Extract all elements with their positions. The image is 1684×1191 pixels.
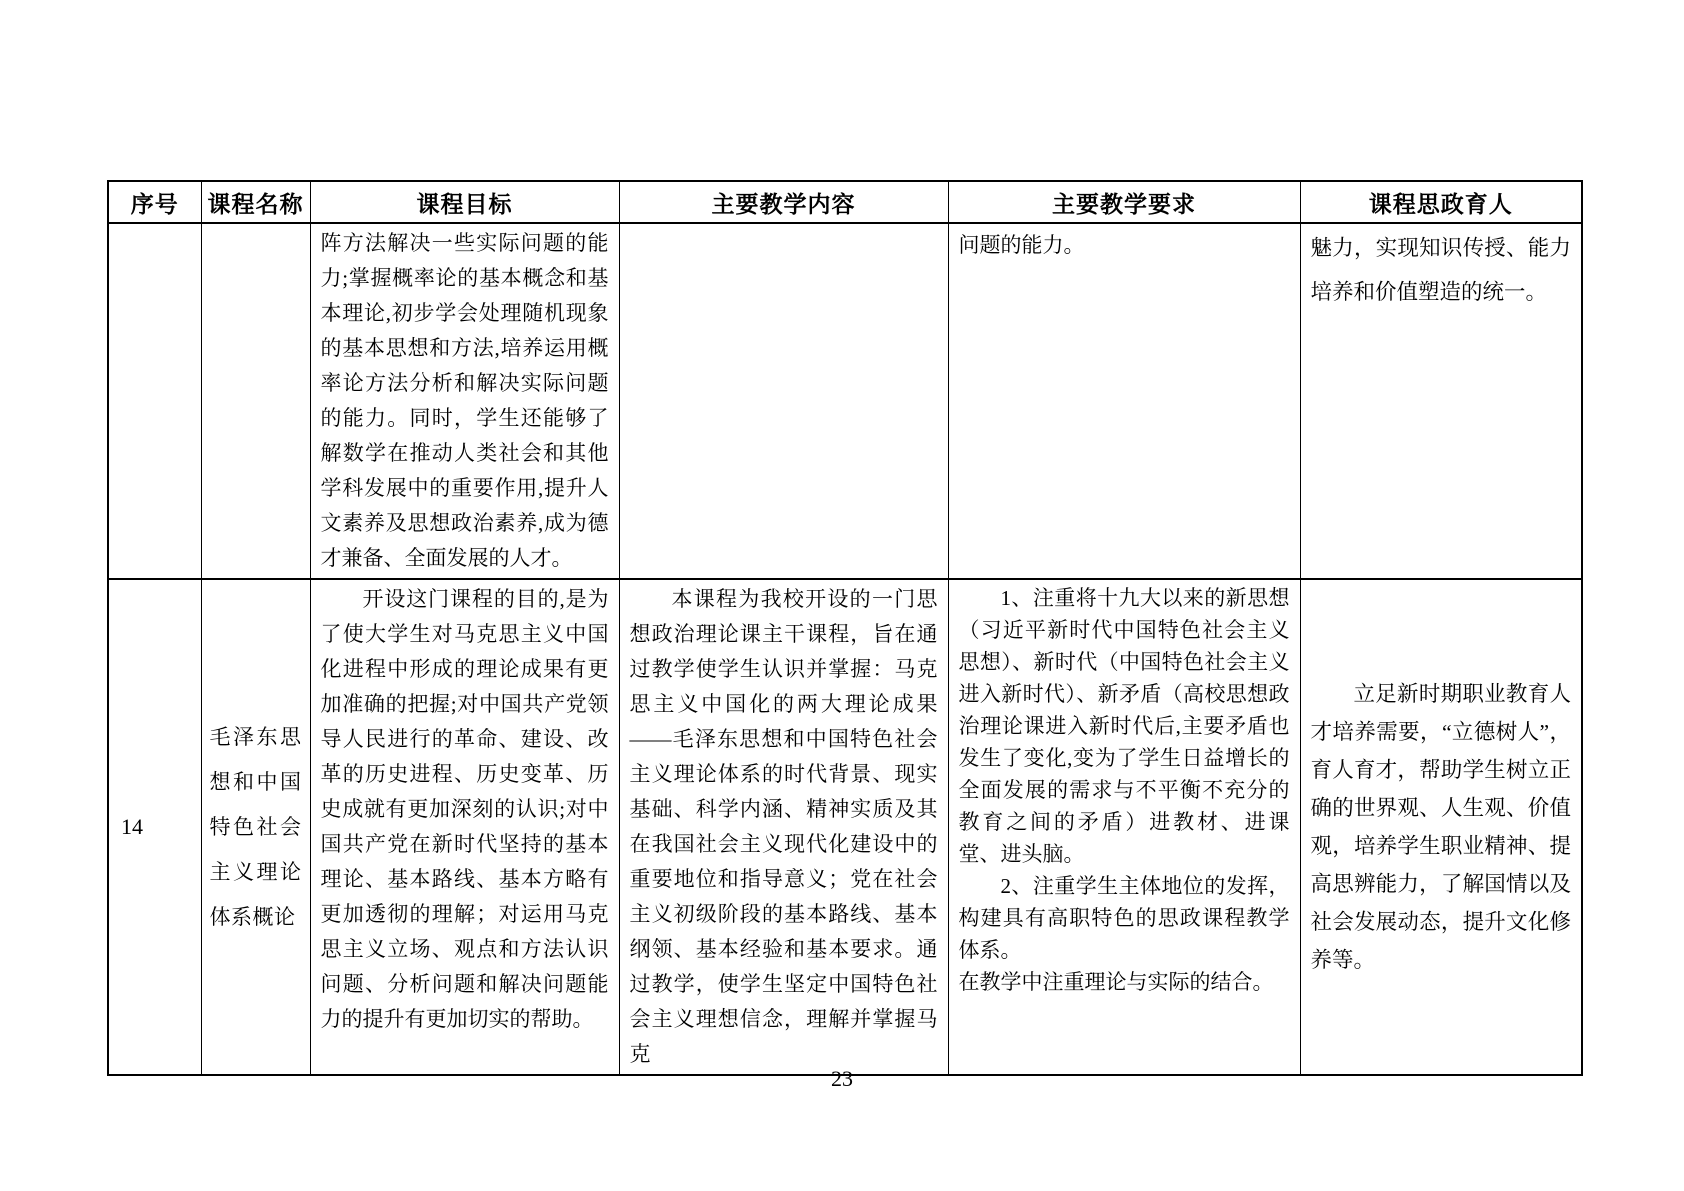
cell-teaching-content xyxy=(619,223,948,579)
document-page: 序号 课程名称 课程目标 主要教学内容 主要教学要求 课程思政育人 阵方法解决一… xyxy=(0,0,1684,1191)
course-table: 序号 课程名称 课程目标 主要教学内容 主要教学要求 课程思政育人 阵方法解决一… xyxy=(107,180,1583,1076)
requirements-paragraph-3: 在教学中注重理论与实际的结合。 xyxy=(959,966,1290,998)
cell-teaching-content: 本课程为我校开设的一门思想政治理论课主干课程，旨在通过教学使学生认识并掌握：马克… xyxy=(619,579,948,1075)
objectives-paragraph: 阵方法解决一些实际问题的能力;掌握概率论的基本概念和基本理论,初步学会处理随机现… xyxy=(321,226,609,576)
cell-teaching-requirements: 1、注重将十九大以来的新思想（习近平新时代中国特色社会主义思想）、新时代（中国特… xyxy=(948,579,1300,1075)
cell-course-name: 毛泽东思想和中国特色社会主义理论体系概论 xyxy=(201,579,310,1075)
requirements-paragraph: 问题的能力。 xyxy=(959,226,1290,264)
header-teaching-requirements: 主要教学要求 xyxy=(948,181,1300,223)
header-course-name: 课程名称 xyxy=(201,181,310,223)
requirements-paragraph-2: 2、注重学生主体地位的发挥，构建具有高职特色的思政课程教学体系。 xyxy=(959,870,1290,966)
cell-course-objectives: 阵方法解决一些实际问题的能力;掌握概率论的基本概念和基本理论,初步学会处理随机现… xyxy=(310,223,619,579)
table-row-continuation: 阵方法解决一些实际问题的能力;掌握概率论的基本概念和基本理论,初步学会处理随机现… xyxy=(108,223,1582,579)
cell-ideology-education: 魅力，实现知识传授、能力培养和价值塑造的统一。 xyxy=(1300,223,1582,579)
requirements-paragraph-1: 1、注重将十九大以来的新思想（习近平新时代中国特色社会主义思想）、新时代（中国特… xyxy=(959,582,1290,870)
header-teaching-content: 主要教学内容 xyxy=(619,181,948,223)
header-ideology-education: 课程思政育人 xyxy=(1300,181,1582,223)
cell-course-objectives: 开设这门课程的目的,是为了使大学生对马克思主义中国化进程中形成的理论成果有更加准… xyxy=(310,579,619,1075)
cell-seq: 14 xyxy=(108,579,201,1075)
ideology-paragraph: 立足新时期职业教育人才培养需要，“立德树人”，育人育才，帮助学生树立正确的世界观… xyxy=(1311,675,1572,979)
ideology-paragraph: 魅力，实现知识传授、能力培养和价值塑造的统一。 xyxy=(1311,226,1572,314)
header-seq: 序号 xyxy=(108,181,201,223)
header-course-objectives: 课程目标 xyxy=(310,181,619,223)
content-paragraph: 本课程为我校开设的一门思想政治理论课主干课程，旨在通过教学使学生认识并掌握：马克… xyxy=(630,582,938,1072)
page-number: 23 xyxy=(0,1066,1684,1092)
cell-teaching-requirements: 问题的能力。 xyxy=(948,223,1300,579)
cell-ideology-education: 立足新时期职业教育人才培养需要，“立德树人”，育人育才，帮助学生树立正确的世界观… xyxy=(1300,579,1582,1075)
course-name-text: 毛泽东思想和中国特色社会主义理论体系概论 xyxy=(210,715,302,940)
cell-course-name xyxy=(201,223,310,579)
objectives-paragraph: 开设这门课程的目的,是为了使大学生对马克思主义中国化进程中形成的理论成果有更加准… xyxy=(321,582,609,1037)
cell-seq xyxy=(108,223,201,579)
table-row-14: 14 毛泽东思想和中国特色社会主义理论体系概论 开设这门课程的目的,是为了使大学… xyxy=(108,579,1582,1075)
table-header-row: 序号 课程名称 课程目标 主要教学内容 主要教学要求 课程思政育人 xyxy=(108,181,1582,223)
